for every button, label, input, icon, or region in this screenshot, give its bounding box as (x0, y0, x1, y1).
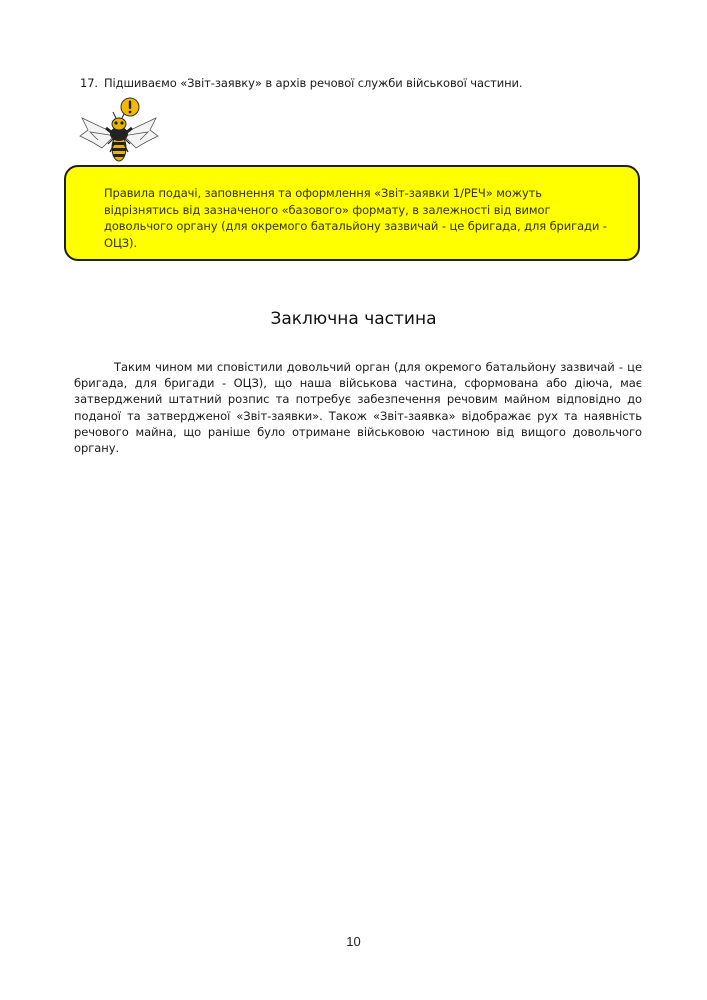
step-text: Підшиваємо «Звіт-заявку» в архів речової… (104, 76, 522, 90)
page-number: 10 (0, 934, 707, 949)
bee-warning-icon (78, 96, 160, 168)
step-number: 17. (80, 76, 98, 90)
step-17: 17.Підшиваємо «Звіт-заявку» в архів речо… (80, 76, 522, 90)
conclusion-paragraph: Таким чином ми сповістили довольчий орга… (74, 359, 642, 456)
warning-callout: Правила подачі, заповнення та оформлення… (64, 165, 640, 261)
callout-text: Правила подачі, заповнення та оформлення… (104, 186, 607, 250)
section-title: Заключна частина (0, 309, 707, 329)
